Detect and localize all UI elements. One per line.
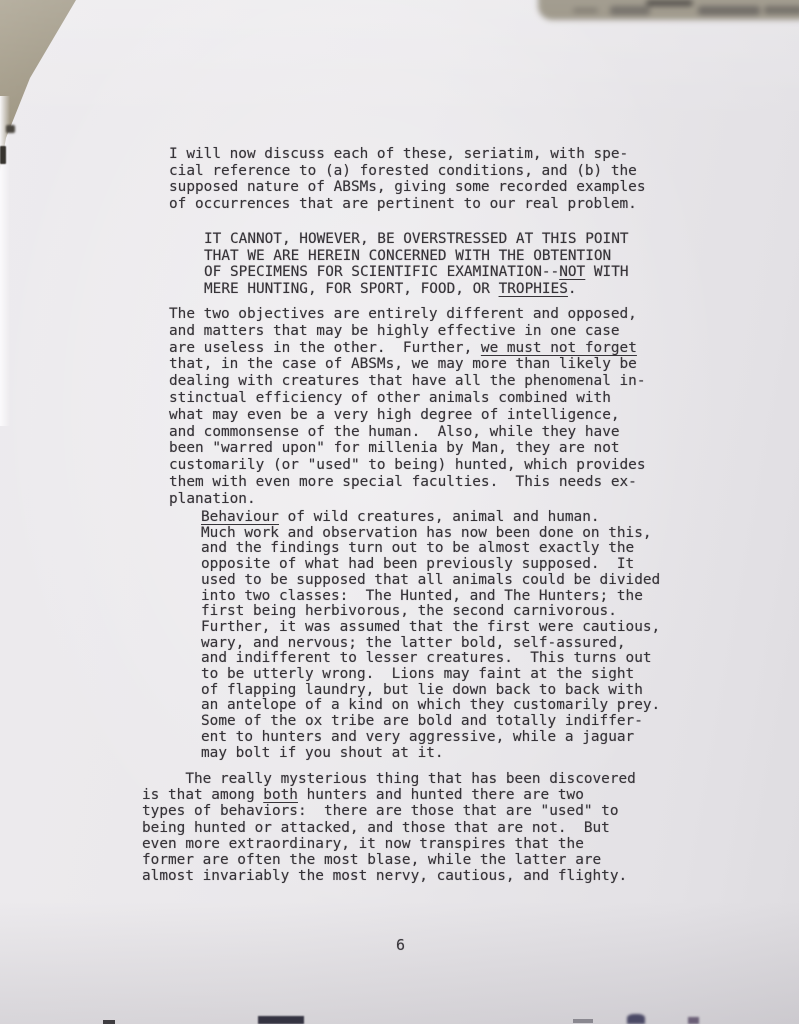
text-line: supposed nature of ABSMs, giving some re… (169, 179, 646, 196)
text-line: The two objectives are entirely differen… (169, 306, 646, 323)
text-line: ent to hunters and very aggressive, whil… (201, 730, 660, 746)
text-line: Some of the ox tribe are bold and totall… (201, 714, 660, 730)
paragraph-mysterious: The really mysterious thing that has bee… (142, 771, 636, 884)
text-line: being hunted or attacked, and those that… (142, 820, 636, 836)
text-line: an antelope of a kind on which they cust… (201, 698, 660, 714)
text-line: almost invariably the most nervy, cautio… (142, 868, 636, 884)
text-line: I will now discuss each of these, seriat… (169, 146, 646, 163)
bottom-edge-artifact (688, 1017, 699, 1024)
edge-smudge-icon (6, 125, 15, 133)
paragraph-objectives: The two objectives are entirely differen… (169, 306, 646, 508)
text-line: to be utterly wrong. Lions may faint at … (201, 667, 660, 683)
text-line: and matters that may be highly effective… (169, 323, 646, 340)
page-number: 6 (396, 936, 405, 954)
paragraph-intro: I will now discuss each of these, seriat… (169, 146, 646, 212)
text-line: planation. (169, 491, 646, 508)
scanner-bed-top-strip (538, 0, 799, 20)
text-line: IT CANNOT, HOWEVER, BE OVERSTRESSED AT T… (204, 231, 629, 248)
text-line: first being herbivorous, the second carn… (201, 604, 660, 620)
scanned-page: I will now discuss each of these, seriat… (0, 0, 799, 1024)
bottom-edge-artifact (627, 1014, 645, 1024)
text-line: are useless in the other. Further, we mu… (169, 340, 646, 357)
text-line: may bolt if you shout at it. (201, 746, 660, 762)
text-line: of occurrences that are pertinent to our… (169, 196, 646, 213)
paragraph-behaviour: Behaviour of wild creatures, animal and … (201, 510, 660, 761)
text-line: wary, and nervous; the latter bold, self… (201, 636, 660, 652)
text-line: and commonsense of the human. Also, whil… (169, 424, 646, 441)
text-line: Behaviour of wild creatures, animal and … (201, 510, 660, 526)
blurred-print-artifact (610, 6, 650, 15)
paragraph-caps-warning: IT CANNOT, HOWEVER, BE OVERSTRESSED AT T… (204, 231, 629, 297)
scanner-bed-corner (0, 0, 90, 190)
text-line: and the findings turn out to be almost e… (201, 541, 660, 557)
text-line: The really mysterious thing that has bee… (142, 771, 636, 787)
text-line: former are often the most blase, while t… (142, 852, 636, 868)
text-line: them with even more special faculties. T… (169, 474, 646, 491)
text-line: THAT WE ARE HEREIN CONCERNED WITH THE OB… (204, 248, 629, 265)
text-line: is that among both hunters and hunted th… (142, 787, 636, 803)
text-line: and indifferent to lesser creatures. Thi… (201, 651, 660, 667)
text-line: even more extraordinary, it now transpir… (142, 836, 636, 852)
text-line: into two classes: The Hunted, and The Hu… (201, 589, 660, 605)
text-line: used to be supposed that all animals cou… (201, 573, 660, 589)
text-line: been "warred upon" for millenia by Man, … (169, 440, 646, 457)
text-line: dealing with creatures that have all the… (169, 373, 646, 390)
bottom-edge-artifact (258, 1016, 304, 1024)
text-line: OF SPECIMENS FOR SCIENTIFIC EXAMINATION-… (204, 264, 629, 281)
text-line: that, in the case of ABSMs, we may more … (169, 356, 646, 373)
blurred-print-artifact (698, 6, 760, 15)
text-line: what may even be a very high degree of i… (169, 407, 646, 424)
bottom-edge-artifact (573, 1019, 593, 1023)
text-line: types of behaviors: there are those that… (142, 803, 636, 819)
blurred-print-artifact (764, 6, 799, 14)
text-line: customarily (or "used" to being) hunted,… (169, 457, 646, 474)
text-line: stinctual efficiency of other animals co… (169, 390, 646, 407)
edge-smudge-icon (0, 146, 6, 164)
text-line: cial reference to (a) forested condition… (169, 163, 646, 180)
text-line: Further, it was assumed that the first w… (201, 620, 660, 636)
text-line: MERE HUNTING, FOR SPORT, FOOD, OR TROPHI… (204, 281, 629, 298)
text-line: opposite of what had been previously sup… (201, 557, 660, 573)
bottom-edge-artifact (103, 1020, 115, 1024)
blurred-print-artifact (573, 8, 598, 13)
blurred-print-artifact (646, 0, 693, 6)
